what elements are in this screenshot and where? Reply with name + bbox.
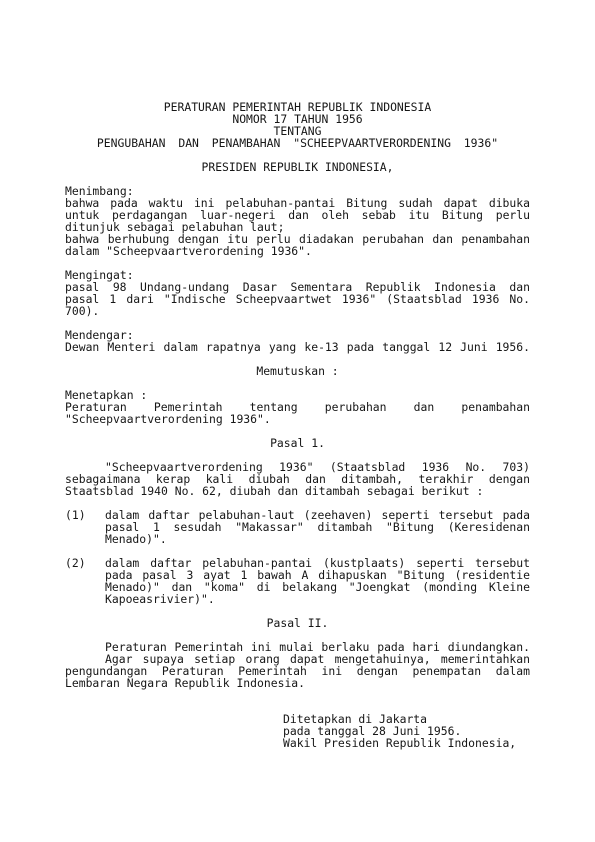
document-content: PERATURAN PEMERINTAH REPUBLIK INDONESIAN… [65,101,530,749]
text-line: PENGUBAHAN DAN PENAMBAHAN "SCHEEPVAARTVE… [65,137,530,149]
block-blank [65,173,530,185]
block-item: (2)dalam daftar pelabuhan-pantai (kustpl… [65,557,530,605]
block-center: PRESIDEN REPUBLIK INDONESIA, [65,161,530,173]
block-item: (1)dalam daftar pelabuhan-laut (zeehaven… [65,509,530,545]
block-para: Menimbang:bahwa pada waktu ini pelabuhan… [65,185,530,257]
block-para: Peraturan Pemerintah ini mulai berlaku p… [65,641,530,689]
text-line: PRESIDEN REPUBLIK INDONESIA, [65,161,530,173]
block-para: Mengingat:pasal 98 Undang-undang Dasar S… [65,269,530,317]
block-sign: Ditetapkan di Jakartapada tanggal 28 Jun… [283,713,595,749]
block-para: Menetapkan :Peraturan Pemerintah tentang… [65,389,530,425]
block-center: Memutuskan : [65,365,530,377]
text-line: "Scheepvaartverordening 1936". [65,413,530,425]
block-para: Mendengar:Dewan Menteri dalam rapatnya y… [65,329,530,353]
item-number: (2) [65,557,105,605]
item-number: (1) [65,509,105,545]
text-line: Staatsblad 1940 No. 62, diubah dan ditam… [65,485,530,497]
text-line: Dewan Menteri dalam rapatnya yang ke-13 … [65,341,530,353]
block-center: PERATURAN PEMERINTAH REPUBLIK INDONESIAN… [65,101,530,149]
item-text: dalam daftar pelabuhan-pantai (kustplaat… [105,557,530,605]
text-line: Pasal II. [65,617,530,629]
text-line: dalam "Scheepvaartverordening 1936". [65,245,530,257]
text-line: Wakil Presiden Republik Indonesia, [283,737,595,749]
block-blank [65,257,530,269]
block-blank [65,317,530,329]
block-para: "Scheepvaartverordening 1936" (Staatsbla… [65,461,530,497]
text-line: pasal 1 dari "Indische Scheepvaartwet 19… [65,293,530,305]
block-blank [65,689,530,713]
text-line: Kapoeasrivier)". [105,593,530,605]
text-line: pasal 1 sesudah "Makassar" ditambah "Bit… [105,521,530,533]
text-line: Pasal 1. [65,437,530,449]
text-line: 700). [65,305,530,317]
text-line: Memutuskan : [65,365,530,377]
text-line: Lembaran Negara Republik Indonesia. [65,677,530,689]
block-center: Pasal II. [65,617,530,629]
block-center: Pasal 1. [65,437,530,449]
document-page: PERATURAN PEMERINTAH REPUBLIK INDONESIAN… [0,0,595,842]
item-text: dalam daftar pelabuhan-laut (zeehaven) s… [105,509,530,545]
text-line: Menado)". [105,533,530,545]
